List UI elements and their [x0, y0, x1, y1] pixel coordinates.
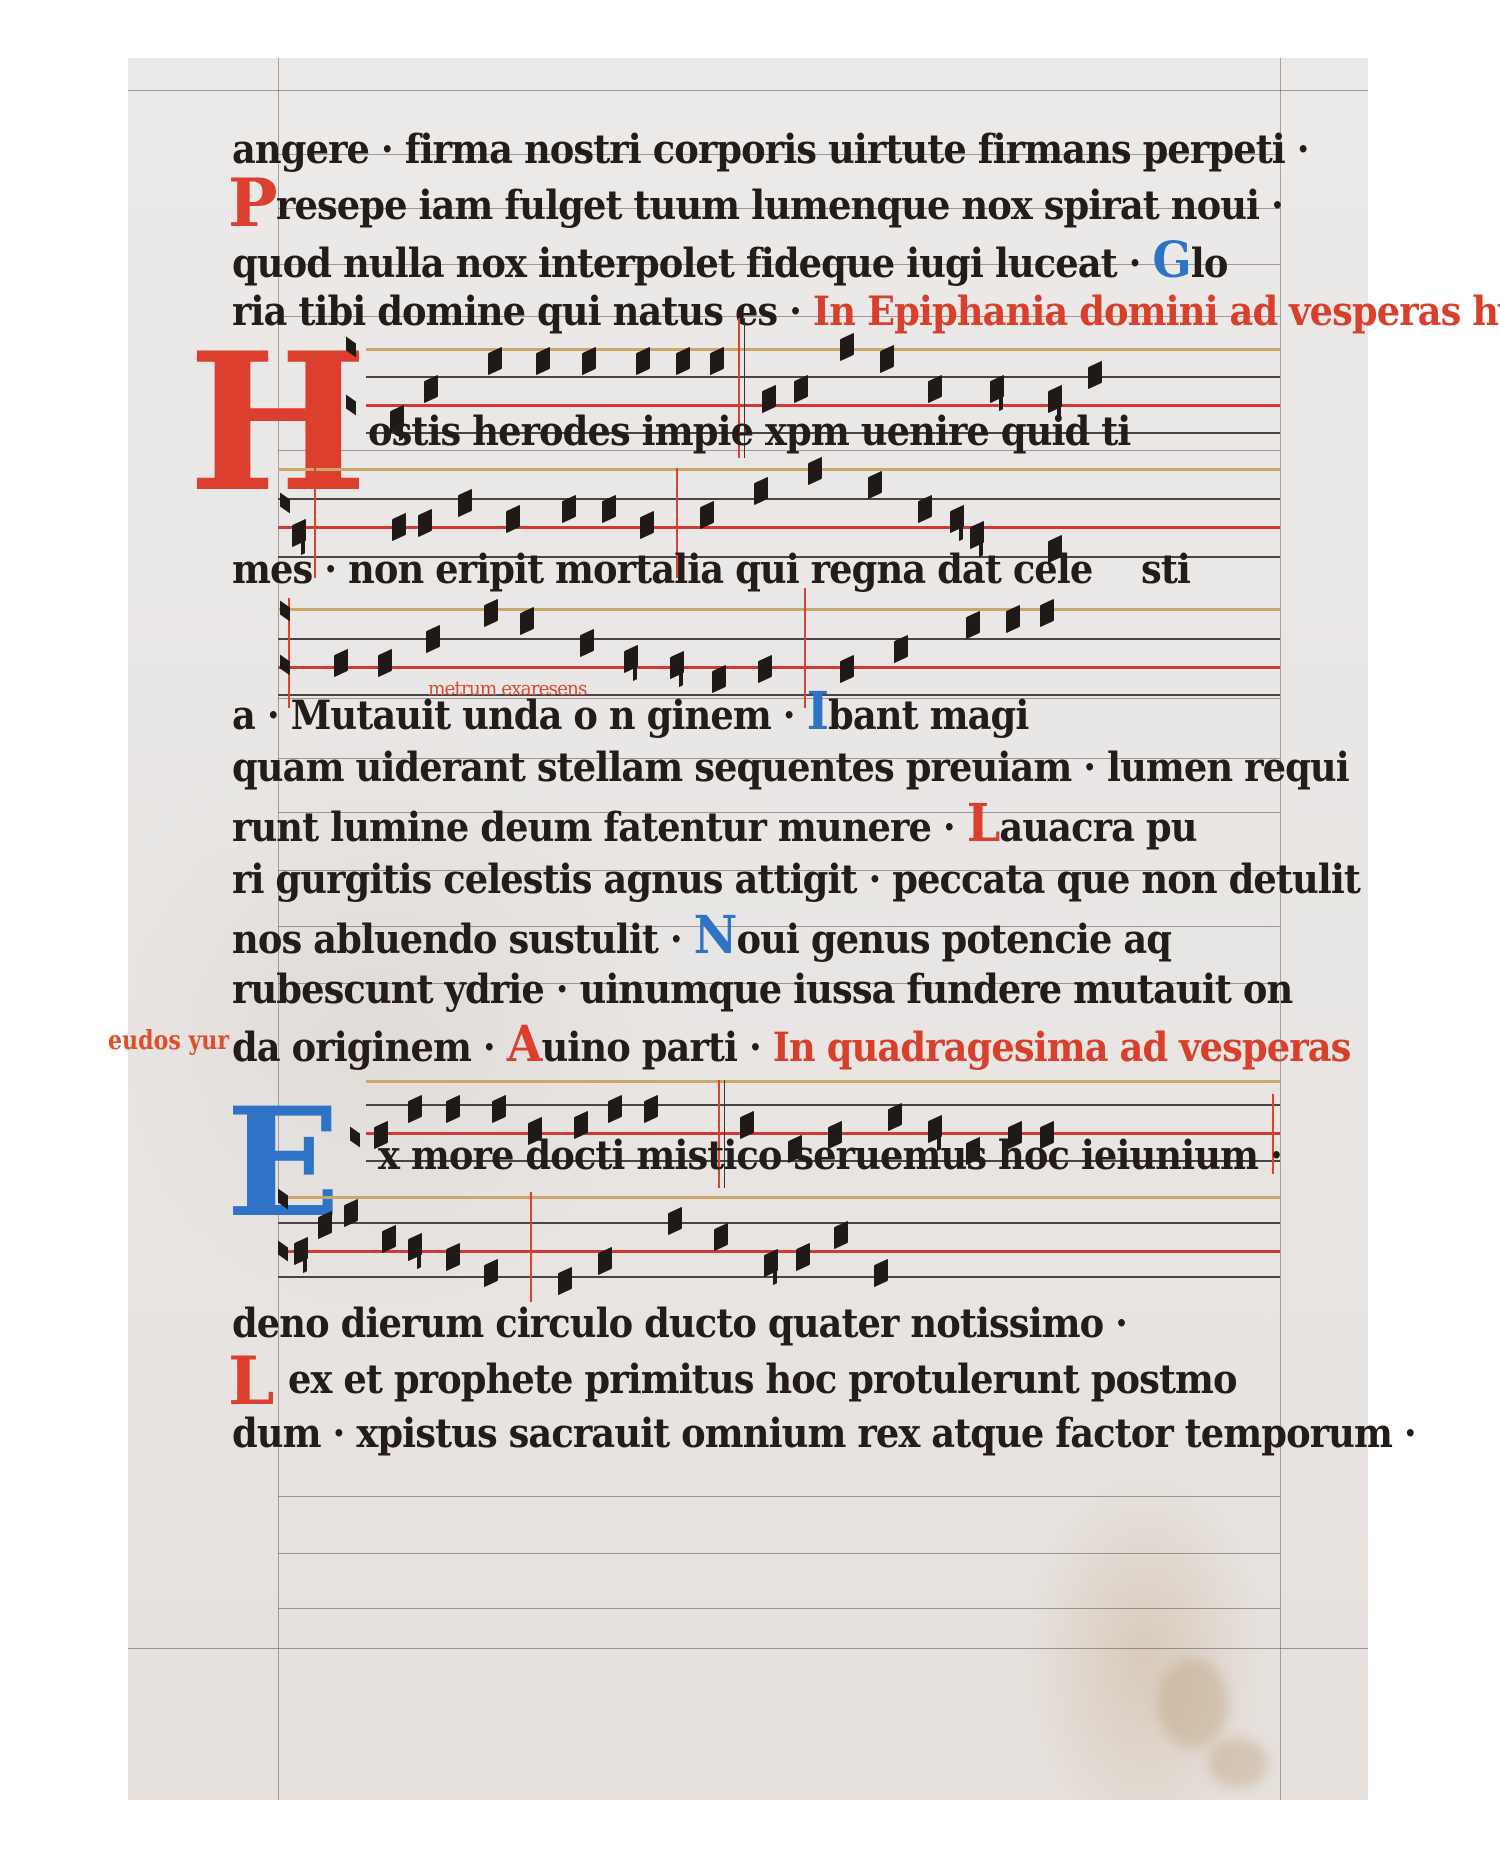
text-line-4: ria tibi domine qui natus es · In Epipha…	[232, 288, 1500, 336]
neume	[928, 375, 942, 404]
hymn1-line-9: da originem · Auino parti · In quadrages…	[232, 1020, 1350, 1072]
neume	[582, 347, 596, 376]
neume	[668, 1207, 682, 1236]
neume	[644, 1095, 658, 1124]
staff-line	[278, 498, 1280, 500]
neume	[636, 347, 650, 376]
ruling-bottom	[128, 1648, 1368, 1649]
clef	[350, 1126, 360, 1147]
initial-g: G	[1152, 230, 1190, 289]
neume	[710, 347, 724, 376]
line-text: quod nulla nox interpolet fideque iugi l…	[232, 240, 1140, 287]
neume	[834, 1221, 848, 1250]
neume	[408, 1095, 422, 1124]
initial-i: I	[807, 681, 828, 742]
neume	[640, 511, 654, 540]
hymn1-line-4: quam uiderant stellam sequentes preuiam …	[232, 744, 1349, 792]
line-text: lo	[1191, 240, 1228, 287]
neume	[484, 599, 498, 628]
text-line-3: quod nulla nox interpolet fideque iugi l…	[232, 236, 1227, 288]
neume	[840, 333, 854, 362]
neume	[608, 1095, 622, 1124]
rubric-epiphany: In Epiphania domini ad vesperas hymnus	[813, 288, 1500, 335]
staff-line	[278, 1196, 1280, 1199]
neume	[624, 645, 638, 674]
neume	[294, 1237, 308, 1266]
neume	[874, 1259, 888, 1288]
neume	[950, 505, 964, 534]
hymn1-line-2: mes · non eripit mortalia qui regna dat …	[232, 546, 1190, 594]
line-text: ostis herodes impie xpm uenire quid ti	[368, 408, 1130, 455]
neume	[918, 495, 932, 524]
staff-line	[366, 1080, 1280, 1083]
line-text: resepe iam fulget tuum lumenque nox spir…	[276, 182, 1283, 229]
text-rule	[278, 1496, 1280, 1497]
initial-n: N	[694, 905, 737, 966]
neume	[808, 457, 822, 486]
neume	[670, 651, 684, 680]
neume	[990, 375, 1004, 404]
staff-line	[278, 1276, 1280, 1278]
neume	[562, 495, 576, 524]
line-text: ri gurgitis celestis agnus attigit · pec…	[232, 856, 1360, 903]
neume	[1040, 599, 1054, 628]
neume	[840, 655, 854, 684]
neume	[382, 1225, 396, 1254]
initial-p: P	[228, 170, 278, 236]
hymn1-line-6: ri gurgitis celestis agnus attigit · pec…	[232, 856, 1360, 904]
rubric-quadragesima: In quadragesima ad vesperas	[773, 1024, 1351, 1071]
initial-h: H	[188, 328, 368, 518]
line-text: auacra pu	[999, 804, 1196, 851]
hymn1-line-1: ostis herodes impie xpm uenire quid ti	[368, 408, 1130, 456]
hymn2-line-1: x more docti mistico seruemus hoc ieiuni…	[378, 1132, 1282, 1180]
neume	[484, 1259, 498, 1288]
neume	[292, 519, 306, 548]
neume	[602, 495, 616, 524]
neume	[880, 345, 894, 374]
neume	[536, 347, 550, 376]
neume	[894, 635, 908, 664]
neume	[868, 471, 882, 500]
ruling-top	[128, 90, 1368, 91]
initial-l: L	[967, 793, 1000, 854]
staff-line	[366, 376, 1280, 378]
neume	[966, 611, 980, 640]
neume	[758, 655, 772, 684]
staff-line	[366, 348, 1280, 351]
hymn1-line-8: rubescunt ydrie · uinumque iussa fundere…	[232, 966, 1292, 1014]
text-rule	[278, 1553, 1280, 1554]
line-text: bant magi	[828, 692, 1028, 739]
hymn2-line-2: deno dierum circulo ducto quater notissi…	[232, 1300, 1127, 1348]
neume	[754, 477, 768, 506]
stain	[1158, 1658, 1228, 1748]
hymn2-line-4: dum · xpistus sacrauit omnium rex atque …	[232, 1410, 1416, 1458]
neume	[764, 1249, 778, 1278]
line-text: oui genus potencie aq	[736, 916, 1171, 963]
neume	[714, 1223, 728, 1252]
neume	[888, 1103, 902, 1132]
line-text: nos abluendo sustulit ·	[232, 916, 682, 963]
text-line-1: angere · firma nostri corporis uirtute f…	[232, 126, 1309, 174]
line-text: a · Mutauit unda o n ginem ·	[232, 692, 795, 739]
neume	[392, 513, 406, 542]
initial-a: A	[507, 1014, 542, 1073]
hymn1-line-3: a · Mutauit unda o n ginem · Ibant magi	[232, 688, 1028, 740]
margin-rubric: eudos yur	[108, 1026, 229, 1056]
neume	[488, 347, 502, 376]
neume	[446, 1095, 460, 1124]
initial-l-2: L	[228, 1348, 274, 1414]
hymn1-line-7: nos abluendo sustulit · Noui genus poten…	[232, 912, 1171, 964]
line-text: deno dierum circulo ducto quater notissi…	[232, 1300, 1127, 1347]
line-text: angere · firma nostri corporis uirtute f…	[232, 126, 1309, 173]
line-text: dum · xpistus sacrauit omnium rex atque …	[232, 1410, 1416, 1457]
line-text: mes · non eripit mortalia qui regna dat …	[232, 546, 1092, 593]
neume	[970, 521, 984, 550]
line-text: runt lumine deum fatentur munere ·	[232, 804, 955, 851]
neume	[794, 375, 808, 404]
neume	[334, 649, 348, 678]
staff-line	[278, 1222, 1280, 1224]
neume	[426, 625, 440, 654]
neume	[408, 1233, 422, 1262]
neume	[418, 509, 432, 538]
stain	[1208, 1738, 1268, 1788]
neume	[676, 347, 690, 376]
neume	[1088, 361, 1102, 390]
line-text: quam uiderant stellam sequentes preuiam …	[232, 744, 1349, 791]
neume	[796, 1243, 810, 1272]
neume	[424, 375, 438, 404]
hymn1-line-5: runt lumine deum fatentur munere · Lauac…	[232, 800, 1197, 852]
neume	[580, 629, 594, 658]
staff-line	[278, 1250, 1280, 1253]
manuscript-leaf: angere · firma nostri corporis uirtute f…	[128, 58, 1368, 1800]
line-text: da originem ·	[232, 1024, 495, 1071]
staff-line	[366, 404, 1280, 407]
line-text: x more docti mistico seruemus hoc ieiuni…	[378, 1132, 1282, 1179]
line-text: ex et prophete primitus hoc protulerunt …	[288, 1356, 1237, 1403]
text-line-2: resepe iam fulget tuum lumenque nox spir…	[276, 182, 1283, 230]
neume	[378, 649, 392, 678]
neume	[700, 501, 714, 530]
neume	[458, 489, 472, 518]
staff-line	[278, 608, 1280, 611]
staff-line	[278, 468, 1280, 471]
line-text: rubescunt ydrie · uinumque iussa fundere…	[232, 966, 1292, 1013]
neume	[598, 1247, 612, 1276]
line-text: uino parti ·	[541, 1024, 760, 1071]
neume	[446, 1243, 460, 1272]
hymn2-line-3: ex et prophete primitus hoc protulerunt …	[288, 1356, 1237, 1404]
barline	[530, 1192, 532, 1302]
line-text: sti	[1141, 546, 1190, 593]
neume	[558, 1267, 572, 1296]
neume	[492, 1095, 506, 1124]
neume	[520, 607, 534, 636]
neume	[1006, 605, 1020, 634]
text-rule	[278, 1608, 1280, 1609]
